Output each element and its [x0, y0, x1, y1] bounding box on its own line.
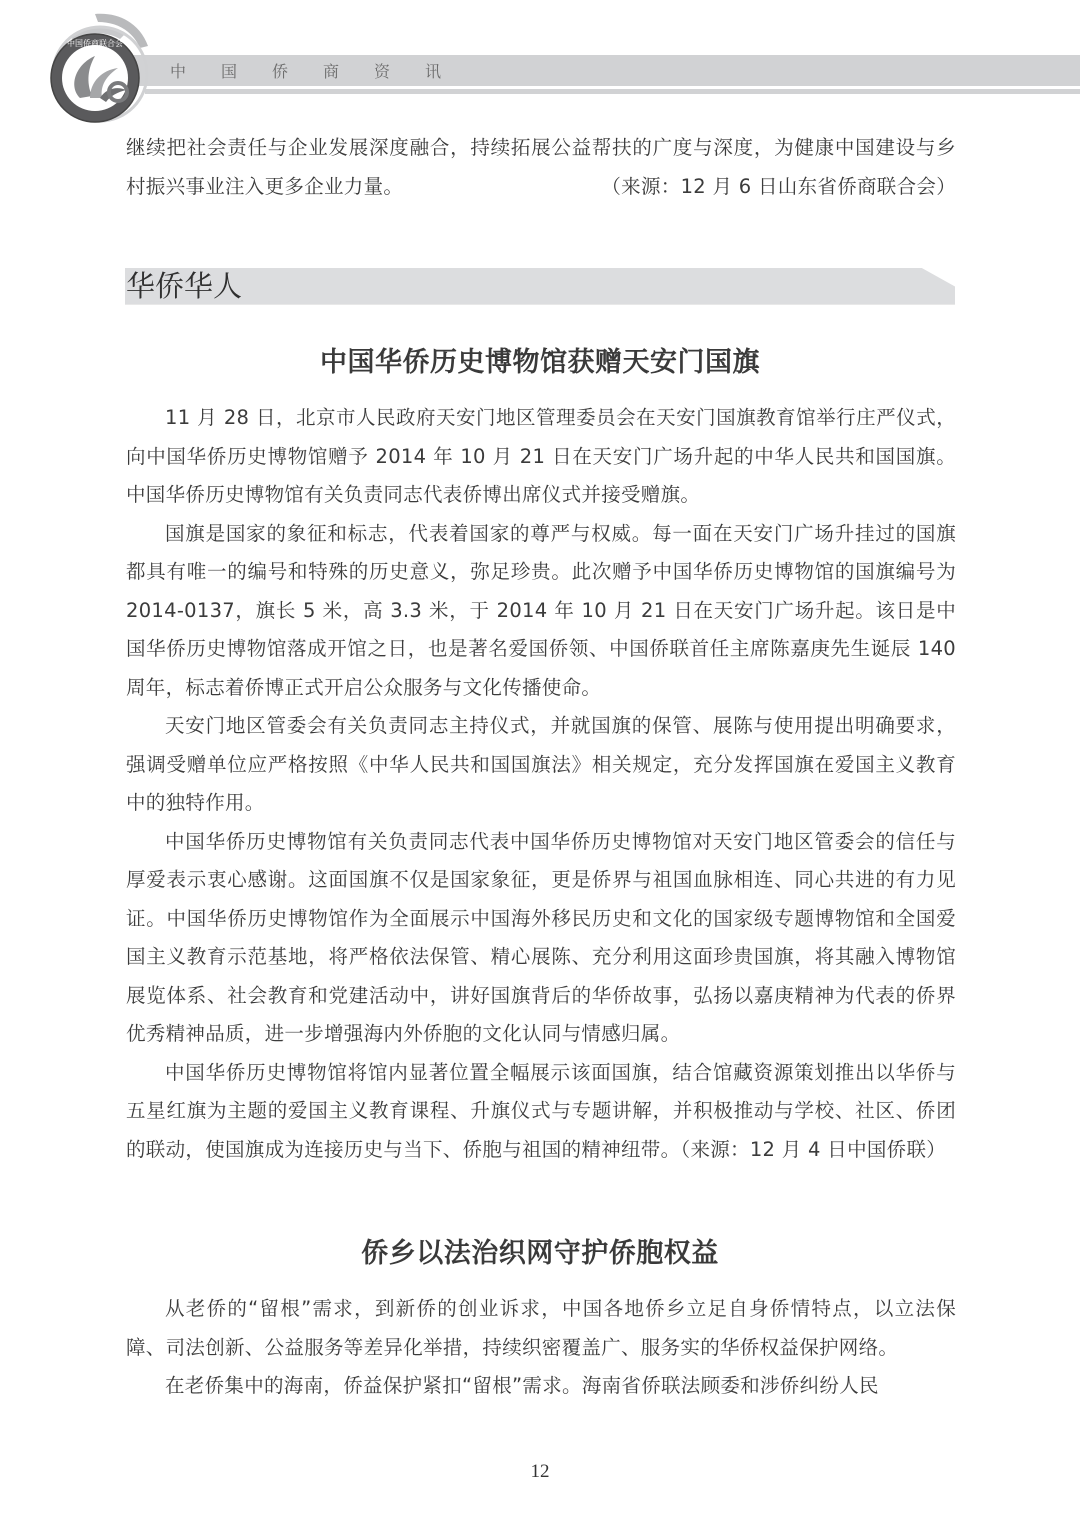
article-paragraph: 国旗是国家的象征和标志，代表着国家的尊严与权威。每一面在天安门广场升挂过的国旗都…: [126, 515, 956, 708]
header-stripe: [145, 89, 1080, 94]
article-body: 从老侨的“留根”需求，到新侨的创业诉求，中国各地侨乡立足自身侨情特点，以立法保障…: [126, 1290, 956, 1406]
publication-title-char: 讯: [425, 59, 476, 83]
svg-text:中国侨商联合会: 中国侨商联合会: [67, 38, 123, 48]
page-number: 12: [0, 1461, 1080, 1483]
publication-title-char: 资: [374, 59, 425, 83]
publication-title-char: 中: [170, 59, 221, 83]
continuation-block: 继续把社会责任与企业发展深度融合，持续拓展公益帮扶的广度与深度，为健康中国建设与…: [126, 129, 956, 206]
section-header-label: 华侨华人: [126, 267, 242, 305]
publication-title-char: 国: [221, 59, 272, 83]
article-title: 中国华侨历史博物馆获赠天安门国旗: [0, 340, 1080, 379]
article-paragraph: 11 月 28 日，北京市人民政府天安门地区管理委员会在天安门国旗教育馆举行庄严…: [126, 399, 956, 515]
publication-title: 中 国 侨 商 资 讯: [170, 59, 476, 83]
source-citation: （来源：12 月 6 日山东省侨商联合会）: [601, 168, 956, 207]
publication-title-char: 侨: [272, 59, 323, 83]
continuation-paragraph: 继续把社会责任与企业发展深度融合，持续拓展公益帮扶的广度与深度，为健康中国建设与…: [126, 129, 956, 206]
article-body: 11 月 28 日，北京市人民政府天安门地区管理委员会在天安门国旗教育馆举行庄严…: [126, 399, 956, 1169]
article-paragraph: 天安门地区管委会有关负责同志主持仪式，并就国旗的保管、展陈与使用提出明确要求，强…: [126, 707, 956, 823]
federation-logo-icon: 中国侨商联合会: [40, 6, 160, 126]
article-paragraph: 从老侨的“留根”需求，到新侨的创业诉求，中国各地侨乡立足自身侨情特点，以立法保障…: [126, 1290, 956, 1367]
article-paragraph: 中国华侨历史博物馆有关负责同志代表中国华侨历史博物馆对天安门地区管委会的信任与厚…: [126, 823, 956, 1054]
section-header-bar: [125, 268, 955, 305]
publication-title-char: 商: [323, 59, 374, 83]
article-paragraph: 在老侨集中的海南，侨益保护紧扣“留根”需求。海南省侨联法顾委和涉侨纠纷人民: [126, 1367, 956, 1406]
article-paragraph: 中国华侨历史博物馆将馆内显著位置全幅展示该面国旗，结合馆藏资源策划推出以华侨与五…: [126, 1054, 956, 1170]
article-title: 侨乡以法治织网守护侨胞权益: [0, 1231, 1080, 1270]
